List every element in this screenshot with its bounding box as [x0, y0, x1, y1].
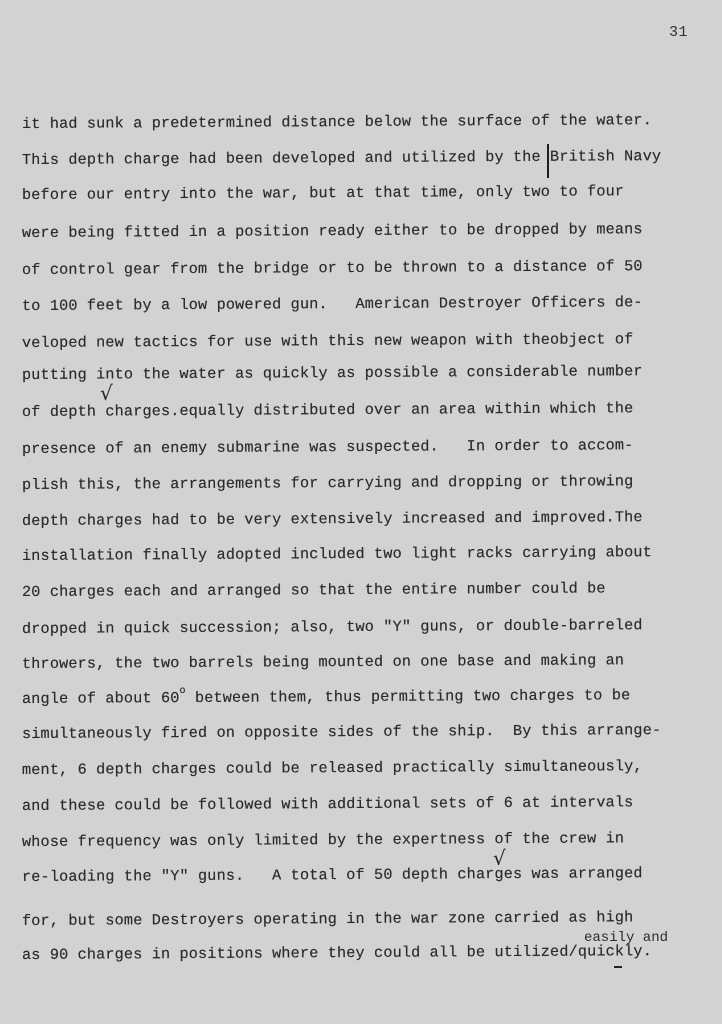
text-line-24: as 90 charges in positions where they co… [22, 942, 652, 964]
text-line-16: throwers, the two barrels being mounted … [22, 651, 624, 673]
degree-symbol: o [179, 686, 185, 697]
check-mark-icon: √ [100, 381, 113, 405]
text-line-8: putting into the water as quickly as pos… [22, 362, 643, 384]
check-mark-icon: √ [493, 846, 506, 870]
text-line-10: presence of an enemy submarine was suspe… [22, 436, 634, 458]
text-line-12: depth charges had to be very extensively… [22, 508, 643, 530]
text-line-17-after: between them, thus permitting two charge… [186, 686, 631, 707]
word-separator-mark [547, 144, 549, 178]
text-line-2: This depth charge had been developed and… [22, 147, 661, 169]
text-line-3: before our entry into the war, but at th… [22, 182, 624, 204]
page-number: 31 [669, 24, 688, 41]
text-line-14: 20 charges each and arranged so that the… [22, 579, 606, 601]
text-line-13: installation finally adopted included tw… [22, 543, 652, 565]
text-line-1: it had sunk a predetermined distance bel… [22, 111, 652, 133]
text-line-4: were being fitted in a position ready ei… [22, 220, 643, 242]
text-line-7: veloped new tactics for use with this ne… [22, 330, 634, 352]
text-line-20: and these could be followed with additio… [22, 793, 634, 815]
text-line-17: angle of about 60o between them, thus pe… [22, 686, 630, 708]
text-line-9: of depth charges.equally distributed ove… [22, 399, 634, 421]
text-line-22: re-loading the "Y" guns. A total of 50 d… [22, 864, 643, 886]
typed-document-page: 31 it had sunk a predetermined distance … [0, 0, 722, 1024]
text-line-5: of control gear from the bridge or to be… [22, 257, 643, 279]
text-line-18: simultaneously fired on opposite sides o… [22, 721, 661, 743]
text-line-6: to 100 feet by a low powered gun. Americ… [22, 293, 643, 315]
text-line-17-before: angle of about 60 [22, 689, 180, 708]
text-line-21: whose frequency was only limited by the … [22, 829, 624, 851]
text-line-15: dropped in quick succession; also, two "… [22, 616, 643, 638]
text-line-11: plish this, the arrangements for carryin… [22, 472, 634, 494]
inserted-text-annotation: easily and [584, 930, 668, 946]
text-line-19: ment, 6 depth charges could be released … [22, 757, 643, 779]
text-line-23: for, but some Destroyers operating in th… [22, 908, 634, 930]
insertion-underscore-mark [614, 966, 622, 968]
